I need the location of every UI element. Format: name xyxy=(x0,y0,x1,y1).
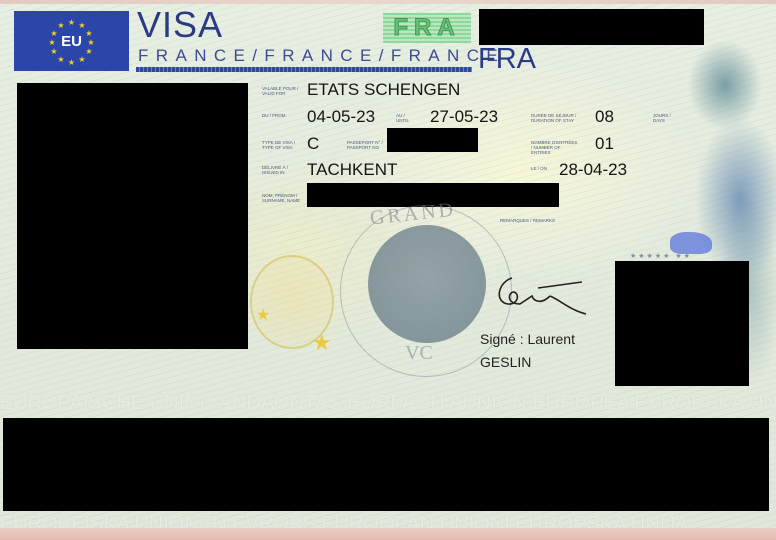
svg-text:★: ★ xyxy=(57,55,64,64)
svg-text:★: ★ xyxy=(78,55,85,64)
visa-sticker: ★ ★ ★ ★ ★ ★ ★ ★ ★ ★ ★ ★ EU VISA FRANCE/F… xyxy=(0,0,776,540)
value-valid-for: ETATS SCHENGEN xyxy=(307,80,460,100)
label-passport-no: Passeport n° / Passport No xyxy=(347,140,387,150)
redacted-visa-number xyxy=(479,9,704,45)
eu-flag-label: EU xyxy=(14,33,129,50)
value-until: 27-05-23 xyxy=(430,107,498,127)
globe-emblem xyxy=(368,225,486,343)
label-remarks: Remarques / Remarks xyxy=(500,218,560,223)
value-visa-type: C xyxy=(307,134,319,154)
label-issued-in: Délivré à / Issued in xyxy=(262,165,302,175)
svg-text:★: ★ xyxy=(68,58,75,67)
stars-row-icon: ★★★★★ ★★ xyxy=(630,252,692,260)
label-days: Jours / Days xyxy=(653,113,673,123)
label-from: Du / From xyxy=(262,113,302,118)
signatory: Signé : Laurent GESLIN xyxy=(480,328,575,374)
redacted-photo xyxy=(17,83,248,349)
hologram-code: FRA xyxy=(393,14,460,42)
redacted-secondary-photo xyxy=(615,261,749,386)
label-entries: Nombre d'entrées / Number of entries xyxy=(531,140,579,155)
eu-flag-icon: ★ ★ ★ ★ ★ ★ ★ ★ ★ ★ ★ ★ EU xyxy=(14,11,129,71)
star-icon: ★ xyxy=(312,330,332,356)
label-until: Au / Until xyxy=(396,113,416,123)
signatory-line2: GESLIN xyxy=(480,351,575,374)
microprint-band xyxy=(136,67,472,72)
star-icon: ★ xyxy=(256,305,270,325)
value-issue-date: 28-04-23 xyxy=(559,160,627,180)
top-edge xyxy=(0,0,776,4)
bottom-edge xyxy=(0,528,776,540)
redacted-passport-number xyxy=(387,128,478,152)
redacted-mrz xyxy=(3,418,769,511)
eu-band-top: EUROPAISCHE UNION ANDAONTAS EORPACH AUNI… xyxy=(0,392,776,415)
label-visa-type: Type de visa / Type of visa xyxy=(262,140,302,150)
label-valid-for: Valable pour / Valid for xyxy=(262,86,302,96)
fra-hologram: FRA xyxy=(383,13,471,43)
svg-text:★: ★ xyxy=(68,18,75,27)
stamp-bottom-text: VC xyxy=(405,342,433,365)
value-entries: 01 xyxy=(595,134,614,154)
country-line: FRANCE/FRANCE/FRANCE xyxy=(138,46,505,66)
visa-title: VISA xyxy=(137,4,223,46)
value-issued-in: TACHKENT xyxy=(307,160,397,180)
value-duration: 08 xyxy=(595,107,614,127)
bull-watermark-icon xyxy=(670,232,712,254)
label-issue-date: Le / On xyxy=(531,166,549,171)
issuing-state-code: FRA xyxy=(478,43,536,76)
signatory-line1: Signé : Laurent xyxy=(480,328,575,351)
label-name: Nom, prénom / Surname, name xyxy=(262,193,302,203)
value-from: 04-05-23 xyxy=(307,107,375,127)
svg-text:★: ★ xyxy=(57,21,64,30)
label-duration: Durée de séjour / Duration of stay xyxy=(531,113,579,123)
signature-mark xyxy=(490,270,590,320)
